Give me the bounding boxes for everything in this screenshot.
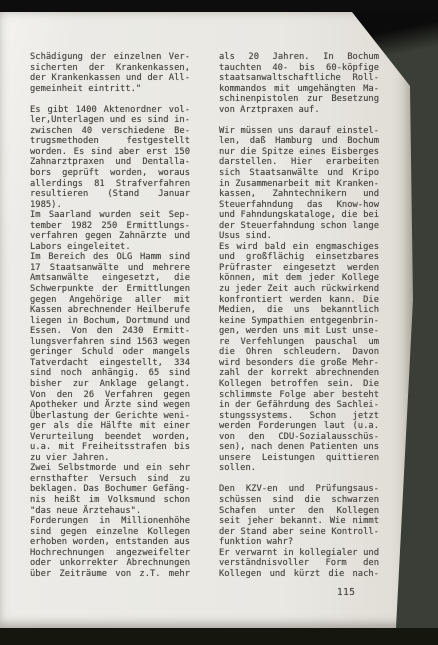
text-line: beklagen. Das Bochumer Gefäng- [30,484,190,495]
text-line: werden Forderungen laut (u.a. [219,421,379,432]
text-line: bisher zur Anklage gelangt. [30,379,190,390]
book-page: Schädigung der einzelnen Ver-sicherten d… [0,12,413,628]
text-line: verfahren gegen Zahnärzte und [30,231,190,242]
text-line: re Verfehlungen pauschal um [219,337,379,348]
text-line: sollen. [219,463,379,474]
text-line: allerdings 81 Strafverfahren [30,179,190,190]
text-line: Labors eingeleitet. [30,242,190,253]
text-line: in Zusammenarbeit mit Kranken- [219,179,379,190]
text-line: konfrontiert werden kann. Die [219,295,379,306]
text-line: geringer Schuld oder mangels [30,347,190,358]
text-line: sich Staatsanwälte und Kripo [219,168,379,179]
text-column-left: Schädigung der einzelnen Ver-sicherten d… [30,52,190,579]
text-line: schüssen sind die schwarzen [219,495,379,506]
text-line: Amtsanwälte eingesetzt, die [30,273,190,284]
text-line: Schädigung der einzelnen Ver- [30,52,190,63]
text-line: seit jeher bekannt. Wie nimmt [219,516,379,527]
text-line: wird besonders die große Mehr- [219,358,379,369]
text-line: als 20 Jahren. In Bochum [219,52,379,63]
blank-line [219,115,379,126]
text-line: Zahnarztpraxen und Dentalla- [30,157,190,168]
text-line: worden. Es sind aber erst 150 [30,147,190,158]
text-line: u.a. mit Freiheitsstrafen bis [30,442,190,453]
text-line: sicherten der Krankenkassen, [30,63,190,74]
text-line: kassen, Zahntechnikern und [219,189,379,200]
text-line: von den CDU-Sozialausschüs- [219,432,379,443]
text-line: Es gibt 1400 Aktenordner vol- [30,105,190,116]
text-line: sen), nach denen Patienten uns [219,442,379,453]
text-line: ler,Unterlagen und es sind in- [30,115,190,126]
text-line: Essen. Von den 2430 Ermitt- [30,326,190,337]
text-line: Den KZV-en und Prüfungsaus- [219,484,379,495]
backing-bottom-bar [0,628,438,645]
text-line: der Krankenkassen und der All- [30,73,190,84]
text-line: die Ohren schleudern. Davon [219,347,379,358]
text-line: funktion wahr? [219,537,379,548]
text-line: Prüfraster eingesetzt werden [219,263,379,274]
text-line: schinenpistolen zur Besetzung [219,94,379,105]
text-line: Hochrechnungen angezweifelter [30,548,190,559]
text-line: Im Saarland wurden seit Sep- [30,210,190,221]
text-line: Schwerpunkte der Ermittlungen [30,284,190,295]
text-line: in der Gefährdung des Sachlei- [219,400,379,411]
scanned-page-photo: Schädigung der einzelnen Ver-sicherten d… [0,0,438,645]
blank-line [219,474,379,485]
text-line: lungsverfahren sind 1563 wegen [30,337,190,348]
text-line: stungssystems. Schon jetzt [219,411,379,422]
text-line: Forderungen in Millionenhöhe [30,516,190,527]
text-line: der Steuerfahndung schon lange [219,221,379,232]
text-line: erhoben worden, entstanden aus [30,537,190,548]
text-line: bors geprüft worden, woraus [30,168,190,179]
text-line: zahl der korrekt abrechnenden [219,368,379,379]
text-line: tember 1982 250 Ermittlungs- [30,221,190,232]
text-line: verständnisvoller Form den [219,558,379,569]
text-line: liegen in Bochum, Dortmund und [30,316,190,327]
text-line: kommandos mit umgehängten Ma- [219,84,379,95]
text-column-right: als 20 Jahren. In Bochumtauchten 40- bis… [219,52,379,579]
text-line: sind gegen einzelne Kollegen [30,527,190,538]
text-line: 1985). [30,200,190,211]
text-line: 17 Staatsanwälte und mehrere [30,263,190,274]
text-line: Medien, die uns bekanntlich [219,305,379,316]
text-line: Er verwarnt in kollegialer und [219,548,379,559]
text-line: nur die Spitze eines Eisberges [219,147,379,158]
page-number: 115 [337,587,367,598]
text-line: Im Bereich des OLG Hamm sind [30,252,190,263]
text-line: Es wird bald ein engmaschiges [219,242,379,253]
text-line: "das neue Ärztehaus". [30,506,190,517]
text-line: Von den 26 Verfahren gegen [30,390,190,401]
text-line: Wir müssen uns darauf einstel- [219,126,379,137]
text-line: Tatverdacht eingestellt, 334 [30,358,190,369]
text-line: tauchten 40- bis 60-köpfige [219,63,379,74]
text-line: ernsthafter Versuch sind zu [30,474,190,485]
text-line: der Stand aber seine Kontroll- [219,527,379,538]
text-line: Überlastung der Gerichte weni- [30,411,190,422]
text-line: gegen Angehörige aller mit [30,295,190,306]
text-line: nis heißt im Volksmund schon [30,495,190,506]
text-line: trugsmethoden festgestellt [30,136,190,147]
text-line: gen, werden uns mit Lust unse- [219,326,379,337]
text-line: Kollegen und kürzt die nach- [219,569,379,580]
text-line: oder unkorrekter Abrechnungen [30,558,190,569]
text-line: und Fahndungskataloge, die bei [219,210,379,221]
text-line: Usus sind. [219,231,379,242]
text-line: Kollegen betroffen sein. Die [219,379,379,390]
text-line: len, daß Hamburg und Bochum [219,136,379,147]
text-line: zu jeder Zeit auch rückwirkend [219,284,379,295]
blank-line [30,94,190,105]
text-line: resultieren (Stand Januar [30,189,190,200]
text-line: Verurteilung beendet worden, [30,432,190,443]
text-line: zu vier Jahren. [30,453,190,464]
text-line: staatsanwaltschaftliche Roll- [219,73,379,84]
text-line: unsere Leistungen quittieren [219,453,379,464]
text-line: über Zeiträume von z.T. mehr [30,569,190,580]
text-line: Kassen abrechnender Heilberufe [30,305,190,316]
text-line: sind noch anhängig. 65 sind [30,368,190,379]
text-line: und großflächig einsetzbares [219,252,379,263]
text-line: Schafen unter den Kollegen [219,506,379,517]
text-line: Zwei Selbstmorde und ein sehr [30,463,190,474]
backing-top-bar [0,0,438,12]
text-line: können, mit dem jeder Kollege [219,273,379,284]
text-line: zwischen 40 verschiedene Be- [30,126,190,137]
text-line: keine Sympathien entgegenbrin- [219,316,379,327]
text-line: Apotheker und Ärzte sind wegen [30,400,190,411]
text-line: von Arztpraxen auf. [219,105,379,116]
text-line: schlimmste Folge aber besteht [219,390,379,401]
text-line: ger als die Hälfte mit einer [30,421,190,432]
text-line: Steuerfahndung das Know-how [219,200,379,211]
text-line: gemeinheit eintritt." [30,84,190,95]
text-line: darstellen. Hier erarbeiten [219,157,379,168]
